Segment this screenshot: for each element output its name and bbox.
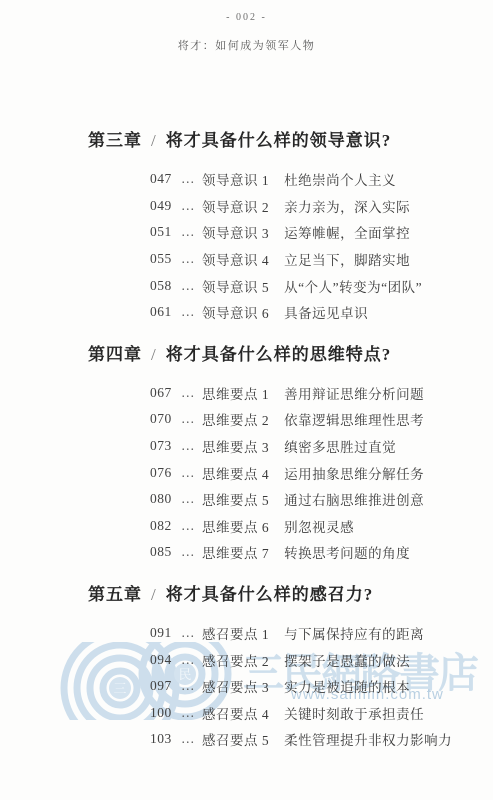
item-page-number: 091	[150, 625, 176, 641]
chapter-separator: /	[151, 585, 157, 604]
chapter: 第三章/将才具备什么样的领导意识?047…领导意识 1杜绝崇尚个人主义049…领…	[88, 130, 473, 326]
item-leader: …	[181, 385, 195, 401]
toc-item: 051…领导意识 3运筹帷幄，全面掌控	[150, 219, 473, 246]
item-page-number: 073	[150, 438, 176, 454]
chapter-items: 067…思维要点 1善用辩证思维分析问题070…思维要点 2依靠逻辑思维理性思考…	[150, 380, 473, 566]
item-section-label: 领导意识 3	[202, 222, 269, 242]
item-title: 从“个人”转变为“团队”	[284, 276, 422, 296]
item-page-number: 058	[150, 278, 176, 294]
chapter-heading: 第五章/将才具备什么样的感召力?	[88, 584, 473, 606]
item-page-number: 070	[150, 411, 176, 427]
item-title: 与下属保持应有的距离	[284, 623, 424, 643]
item-title: 亲力亲为，深入实际	[284, 196, 410, 216]
item-leader: …	[181, 171, 195, 187]
toc-item: 097…感召要点 3实力是被追随的根本	[150, 673, 473, 700]
chapter-title: 将才具备什么样的感召力?	[166, 585, 374, 604]
item-title: 缜密多思胜过直觉	[284, 436, 396, 456]
toc-item: 085…思维要点 7转换思考问题的角度	[150, 539, 473, 566]
item-page-number: 076	[150, 465, 176, 481]
item-title: 运筹帷幄，全面掌控	[284, 222, 410, 242]
item-title: 通过右脑思维推进创意	[284, 489, 424, 509]
item-page-number: 097	[150, 678, 176, 694]
toc-item: 047…领导意识 1杜绝崇尚个人主义	[150, 166, 473, 193]
item-page-number: 100	[150, 705, 176, 721]
chapter: 第四章/将才具备什么样的思维特点?067…思维要点 1善用辩证思维分析问题070…	[88, 344, 473, 566]
item-page-number: 047	[150, 171, 176, 187]
item-section-label: 思维要点 4	[202, 463, 269, 483]
toc-item: 091…感召要点 1与下属保持应有的距离	[150, 620, 473, 647]
item-section-label: 领导意识 5	[202, 276, 269, 296]
item-leader: …	[181, 278, 195, 294]
chapter-items: 047…领导意识 1杜绝崇尚个人主义049…领导意识 2亲力亲为，深入实际051…	[150, 166, 473, 326]
item-leader: …	[181, 438, 195, 454]
chapter-title: 将才具备什么样的领导意识?	[166, 131, 392, 150]
item-leader: …	[181, 251, 195, 267]
item-section-label: 思维要点 1	[202, 383, 269, 403]
item-section-label: 思维要点 6	[202, 516, 269, 536]
item-page-number: 055	[150, 251, 176, 267]
item-leader: …	[181, 198, 195, 214]
item-leader: …	[181, 518, 195, 534]
item-section-label: 领导意识 4	[202, 249, 269, 269]
item-section-label: 感召要点 3	[202, 676, 269, 696]
item-page-number: 051	[150, 224, 176, 240]
item-page-number: 094	[150, 652, 176, 668]
item-title: 立足当下，脚踏实地	[284, 249, 410, 269]
item-title: 摆架子是愚蠢的做法	[284, 650, 410, 670]
chapter-heading: 第三章/将才具备什么样的领导意识?	[88, 130, 473, 152]
item-leader: …	[181, 491, 195, 507]
item-leader: …	[181, 625, 195, 641]
item-page-number: 067	[150, 385, 176, 401]
item-leader: …	[181, 411, 195, 427]
toc-item: 103…感召要点 5柔性管理提升非权力影响力	[150, 726, 473, 753]
item-leader: …	[181, 465, 195, 481]
toc-item: 058…领导意识 5从“个人”转变为“团队”	[150, 272, 473, 299]
item-title: 善用辩证思维分析问题	[284, 383, 424, 403]
item-leader: …	[181, 731, 195, 747]
item-page-number: 061	[150, 304, 176, 320]
item-section-label: 思维要点 2	[202, 409, 269, 429]
item-title: 别忽视灵感	[284, 516, 354, 536]
chapter-label: 第三章	[88, 131, 142, 150]
toc-item: 076…思维要点 4运用抽象思维分解任务	[150, 459, 473, 486]
item-section-label: 感召要点 5	[202, 729, 269, 749]
toc-item: 070…思维要点 2依靠逻辑思维理性思考	[150, 406, 473, 433]
chapter-items: 091…感召要点 1与下属保持应有的距离094…感召要点 2摆架子是愚蠢的做法0…	[150, 620, 473, 753]
chapter-label: 第四章	[88, 345, 142, 364]
item-page-number: 049	[150, 198, 176, 214]
item-leader: …	[181, 224, 195, 240]
item-leader: …	[181, 705, 195, 721]
toc-item: 049…领导意识 2亲力亲为，深入实际	[150, 193, 473, 220]
page-number: - 002 -	[0, 12, 493, 23]
chapter-separator: /	[151, 131, 157, 150]
item-title: 依靠逻辑思维理性思考	[284, 409, 424, 429]
item-page-number: 085	[150, 544, 176, 560]
item-section-label: 领导意识 6	[202, 302, 269, 322]
chapter-separator: /	[151, 345, 157, 364]
item-leader: …	[181, 544, 195, 560]
toc-item: 100…感召要点 4关键时刻敢于承担责任	[150, 700, 473, 727]
item-title: 实力是被追随的根本	[284, 676, 410, 696]
toc-item: 080…思维要点 5通过右脑思维推进创意	[150, 486, 473, 513]
chapter-label: 第五章	[88, 585, 142, 604]
item-title: 具备远见卓识	[284, 302, 368, 322]
item-leader: …	[181, 652, 195, 668]
item-page-number: 082	[150, 518, 176, 534]
item-title: 杜绝崇尚个人主义	[284, 169, 396, 189]
item-title: 转换思考问题的角度	[284, 542, 410, 562]
page-header: - 002 - 将才：如何成为领军人物	[0, 0, 493, 53]
item-title: 关键时刻敢于承担责任	[284, 703, 424, 723]
toc-item: 067…思维要点 1善用辩证思维分析问题	[150, 380, 473, 407]
chapter-title: 将才具备什么样的思维特点?	[166, 345, 392, 364]
chapter: 第五章/将才具备什么样的感召力?091…感召要点 1与下属保持应有的距离094……	[88, 584, 473, 753]
item-title: 运用抽象思维分解任务	[284, 463, 424, 483]
item-section-label: 感召要点 1	[202, 623, 269, 643]
toc-item: 061…领导意识 6具备远见卓识	[150, 299, 473, 326]
item-leader: …	[181, 678, 195, 694]
item-leader: …	[181, 304, 195, 320]
item-page-number: 080	[150, 491, 176, 507]
item-title: 柔性管理提升非权力影响力	[284, 729, 452, 749]
toc-item: 055…领导意识 4立足当下，脚踏实地	[150, 246, 473, 273]
toc-item: 094…感召要点 2摆架子是愚蠢的做法	[150, 646, 473, 673]
item-section-label: 思维要点 3	[202, 436, 269, 456]
item-section-label: 感召要点 4	[202, 703, 269, 723]
item-page-number: 103	[150, 731, 176, 747]
item-section-label: 思维要点 7	[202, 542, 269, 562]
toc: 第三章/将才具备什么样的领导意识?047…领导意识 1杜绝崇尚个人主义049…领…	[88, 130, 473, 771]
item-section-label: 领导意识 1	[202, 169, 269, 189]
item-section-label: 思维要点 5	[202, 489, 269, 509]
chapter-heading: 第四章/将才具备什么样的思维特点?	[88, 344, 473, 366]
item-section-label: 感召要点 2	[202, 650, 269, 670]
item-section-label: 领导意识 2	[202, 196, 269, 216]
toc-item: 082…思维要点 6别忽视灵感	[150, 513, 473, 540]
toc-item: 073…思维要点 3缜密多思胜过直觉	[150, 433, 473, 460]
book-title: 将才：如何成为领军人物	[0, 37, 493, 53]
